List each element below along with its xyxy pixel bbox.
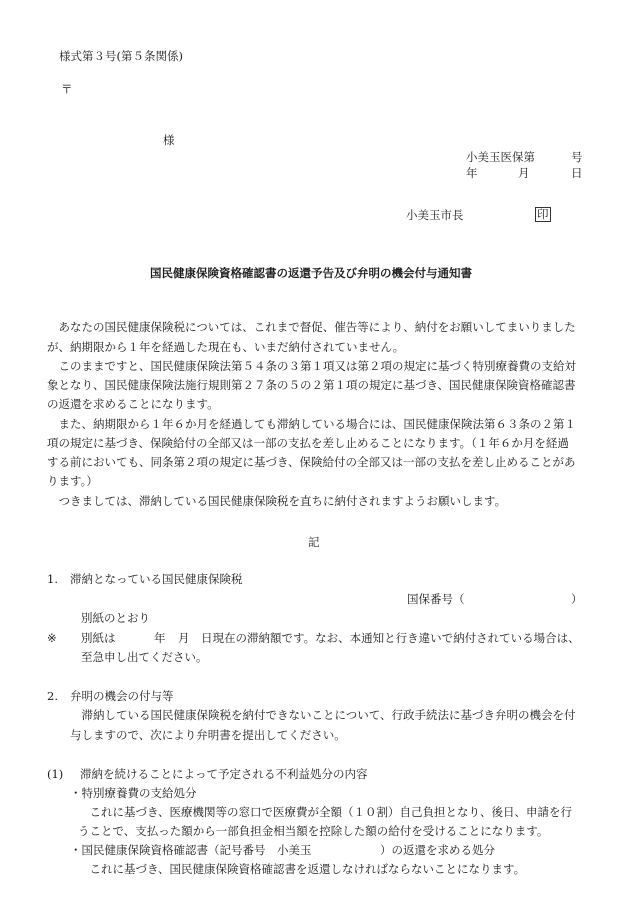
body-line: 項の規定に基づき、保険給付の全部又は一部の支払を差し止めることになります。（１年… xyxy=(47,436,569,450)
body-line: あなたの国民健康保険税については、これまで督促、催告等により、納付をお願いしてま… xyxy=(47,320,576,334)
postal-mark: 〒 xyxy=(61,82,73,96)
note-text-b: 日現在の滞納額です。なお、本通知と行き違いで納付されている場合は、 xyxy=(201,631,580,645)
body-line: が、納期限から１年を経過した現在も、いまだ納付されていません。 xyxy=(47,340,404,354)
doc-number-suffix: 号 xyxy=(571,150,583,164)
item2-line: これに基づき、国民健康保険資格確認書を返還しなければならないことになります。 xyxy=(78,862,525,876)
subsection1-heading: 滞納を続けることによって予定される不利益処分の内容 xyxy=(80,767,368,781)
date-day: 日 xyxy=(571,166,583,180)
body-line: する前においても、同条第２項の規定に基づき、保険給付の全部又は一部の支払を差し止… xyxy=(47,455,576,469)
section1-heading: 滞納となっている国民健康保険税 xyxy=(70,572,243,586)
note-year: 年 xyxy=(154,631,166,645)
note-mark: ※ xyxy=(47,631,57,645)
body-line: 象となり、国民健康保険法施行規則第２７条の５の２第１項の規定に基づき、国民健康保… xyxy=(47,378,576,392)
note-month: 月 xyxy=(178,631,190,645)
body-line: ります。） xyxy=(47,474,98,488)
section2-line: 与しますので、次により弁明書を提出してください。 xyxy=(70,728,346,742)
body-line: また、納期限から１年６か月を経過しても滞納している場合には、国民健康保険法第６３… xyxy=(47,417,576,431)
note-text-line2: 至急申し出てください。 xyxy=(81,650,208,664)
item2-title-b: ）の返還を求める処分 xyxy=(380,843,495,857)
addressee-suffix: 様 xyxy=(163,133,175,147)
section2-heading: 弁明の機会の付与等 xyxy=(70,689,174,703)
document-title: 国民健康保険資格確認書の返還予告及び弁明の機会付与通知書 xyxy=(150,266,472,280)
attachment-text: 別紙のとおり xyxy=(81,611,150,625)
item1-line: これに基づき、医療機関等の窓口で医療費が全額（１０割）自己負担となり、後日、申請… xyxy=(78,805,572,819)
section1-number: 1. xyxy=(47,572,58,586)
section2-line: 滞納している国民健康保険税を納付できないことについて、行政手続法に基づき弁明の機… xyxy=(70,708,576,722)
kokuho-number-label: 国保番号（ xyxy=(407,592,465,606)
seal-mark: 印 xyxy=(535,207,551,222)
ki-heading: 記 xyxy=(308,535,320,549)
subsection1-number: (1) xyxy=(47,767,63,781)
section2-number: 2. xyxy=(47,689,58,703)
body-line: つきましては、滞納している国民健康保険税を直ちに納付されますようお願いします。 xyxy=(47,494,506,508)
issuer-name: 小美玉市長 xyxy=(406,208,464,222)
seal-icon: 印 xyxy=(535,207,551,222)
form-number: 様式第３号(第５条関係) xyxy=(59,49,183,63)
date-year: 年 xyxy=(466,166,478,180)
note-text-a: 別紙は xyxy=(81,631,116,645)
body-line: このままですと、国民健康保険法第５４条の３第１項又は第２項の規定に基づく特別療養… xyxy=(47,359,576,373)
item1-line: うことで、支払った額から一部負担金相当額を控除した額の給付を受けることになります… xyxy=(78,824,548,838)
item1-title: ・特別療養費の支給処分 xyxy=(70,786,197,800)
kokuho-number-close: ） xyxy=(571,592,583,606)
body-line: の返還を求めることになります。 xyxy=(47,397,219,411)
item2-title-a: ・国民健康保険資格確認書（記号番号 小美玉 xyxy=(70,843,312,857)
date-month: 月 xyxy=(518,166,530,180)
doc-number-prefix: 小美玉医保第 xyxy=(466,150,535,164)
